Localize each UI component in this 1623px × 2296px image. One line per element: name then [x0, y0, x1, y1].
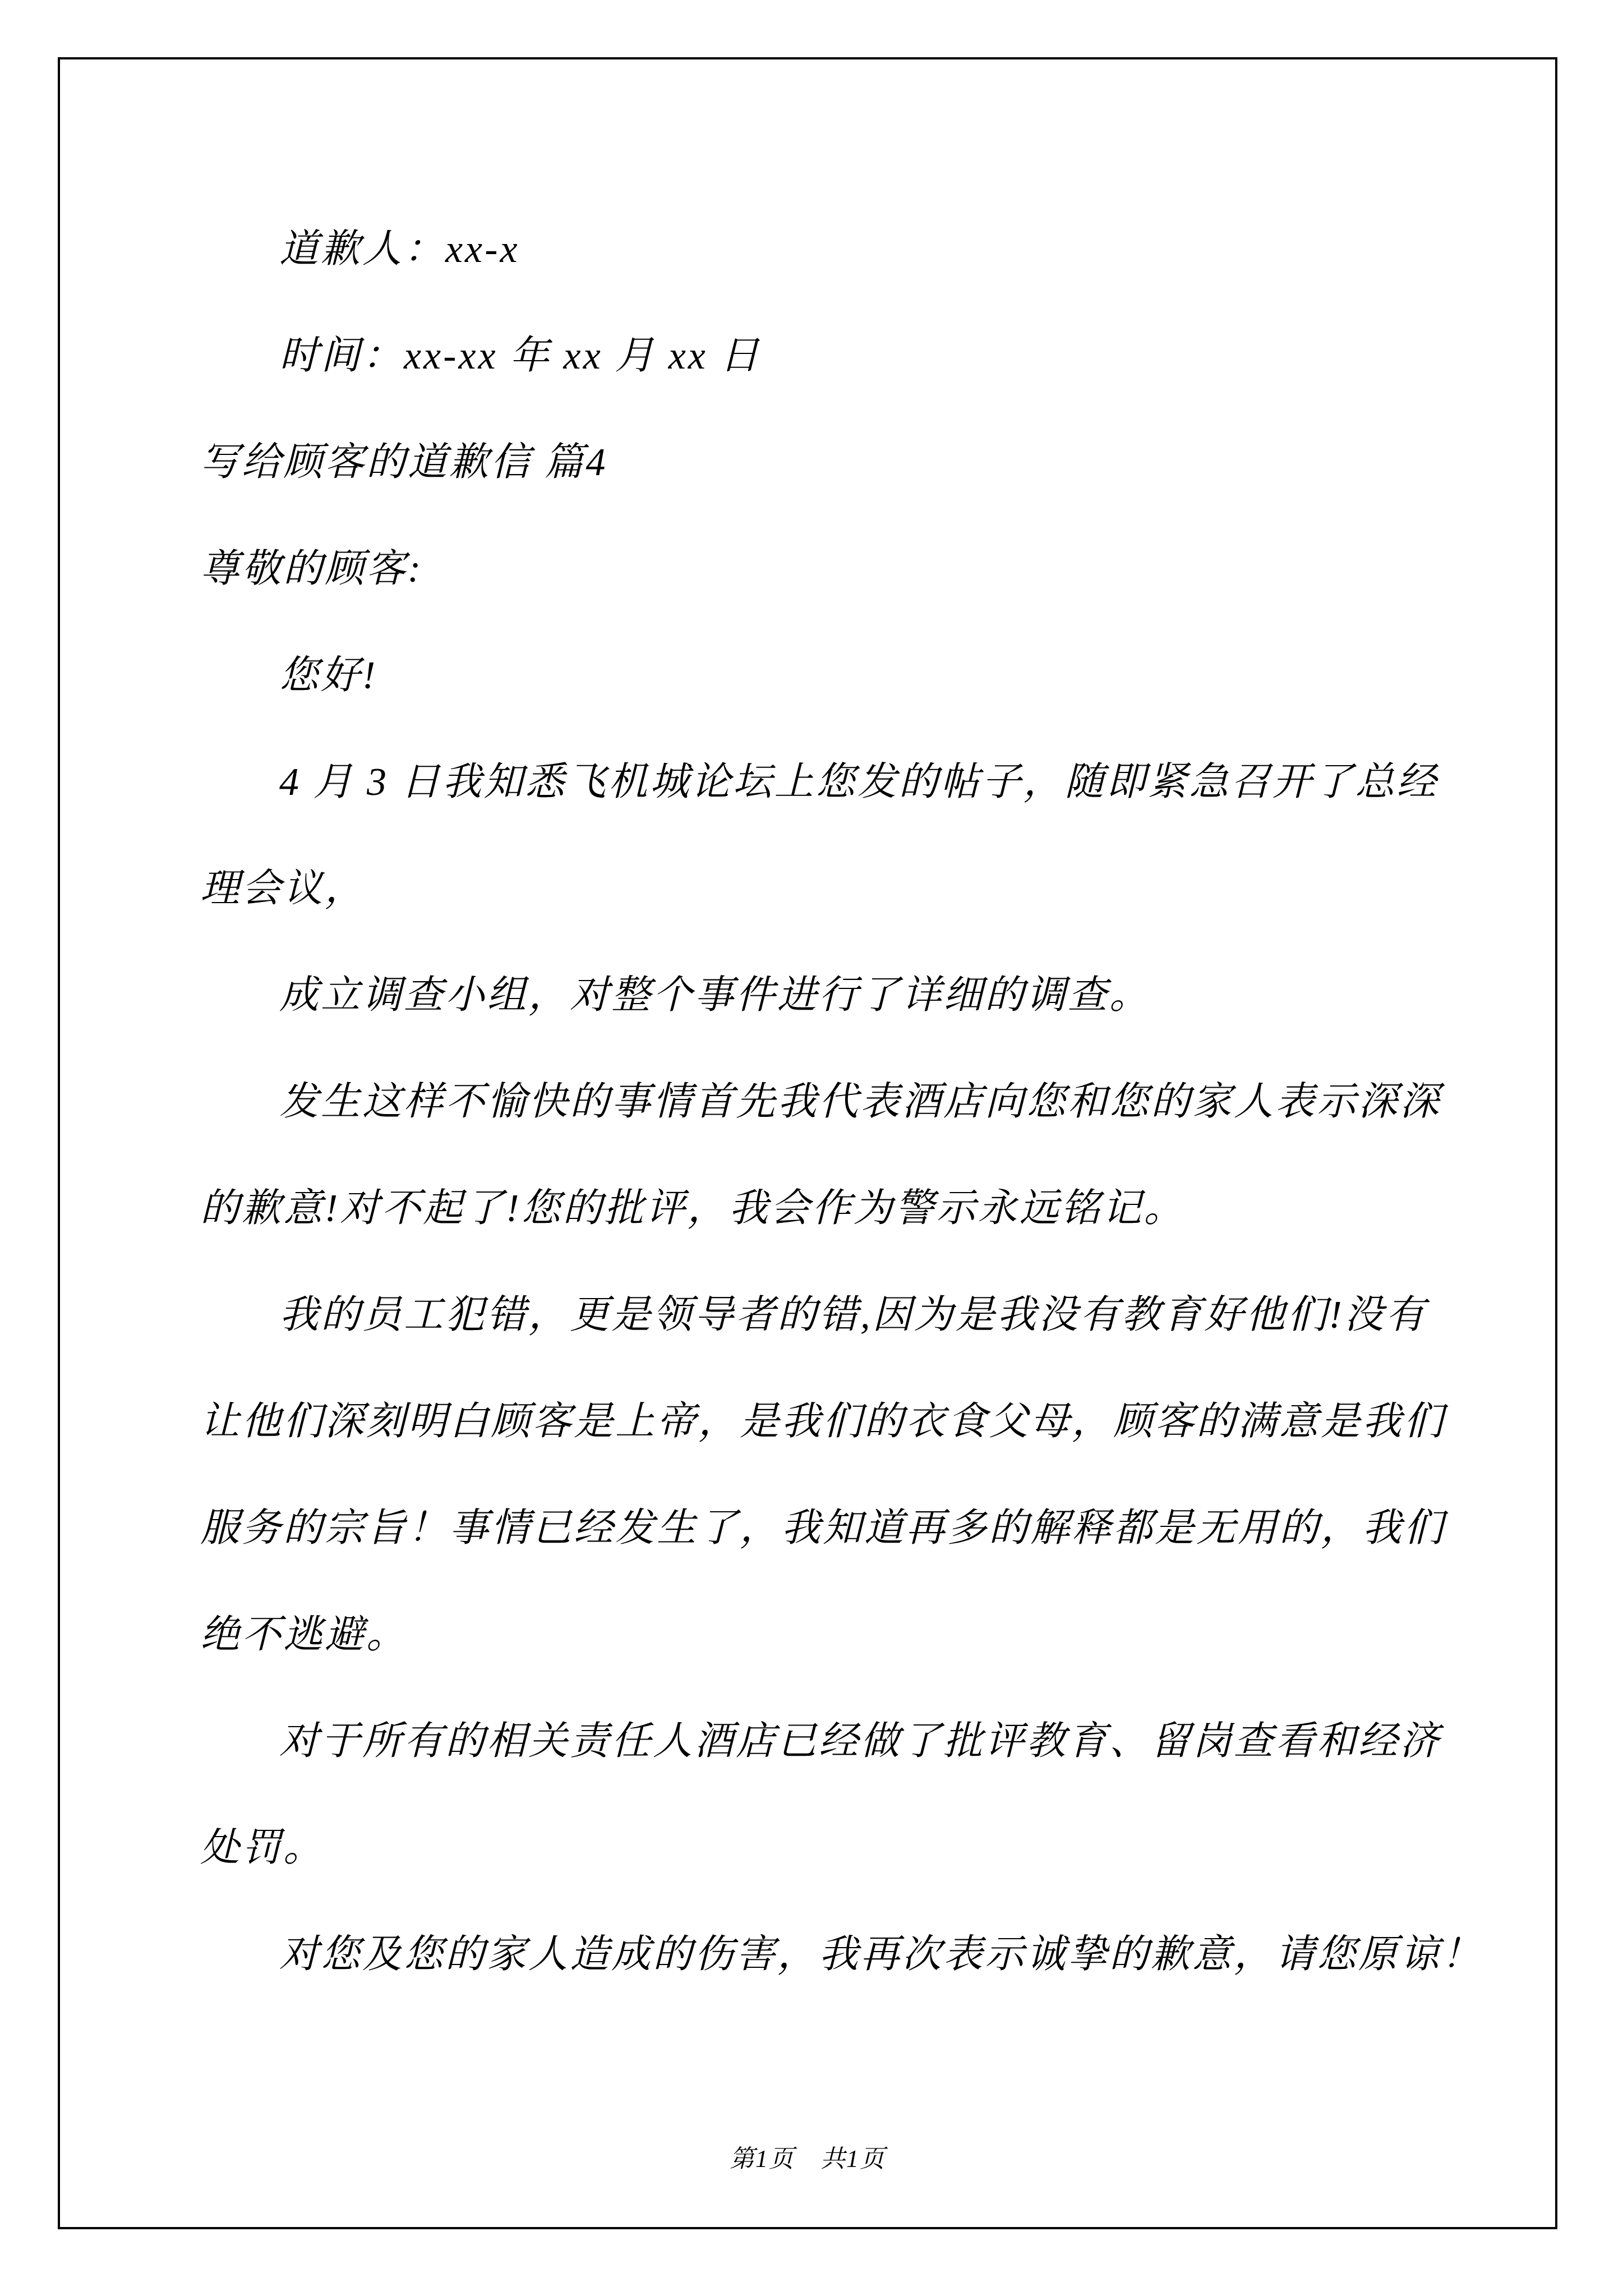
letter-body: 道歉人：xx-x 时间：xx-xx 年 xx 月 xx 日 写给顾客的道歉信 篇…: [200, 196, 1488, 2008]
text-line: 发生这样不愉快的事情首先我代表酒店向您和您的家人表示深深: [200, 1049, 1488, 1156]
text-line: 理会议，: [200, 836, 1488, 942]
text-line: 4 月 3 日我知悉飞机城论坛上您发的帖子，随即紧急召开了总经: [200, 729, 1488, 836]
document-page: 道歉人：xx-x 时间：xx-xx 年 xx 月 xx 日 写给顾客的道歉信 篇…: [0, 0, 1623, 2296]
text-line-date: 时间：xx-xx 年 xx 月 xx 日: [200, 303, 1488, 409]
page-border: 道歉人：xx-x 时间：xx-xx 年 xx 月 xx 日 写给顾客的道歉信 篇…: [58, 57, 1557, 2229]
text-line-apologizer: 道歉人：xx-x: [200, 196, 1488, 303]
text-line: 绝不逃避。: [200, 1582, 1488, 1688]
text-line-closing: 对您及您的家人造成的伤害，我再次表示诚挚的歉意，请您原谅！: [200, 1902, 1488, 2008]
text-line-greeting: 您好!: [200, 623, 1488, 729]
text-line-title: 写给顾客的道歉信 篇4: [200, 409, 1488, 516]
text-line: 处罚。: [200, 1795, 1488, 1902]
text-line-salutation: 尊敬的顾客:: [200, 516, 1488, 623]
text-line: 对于所有的相关责任人酒店已经做了批评教育、留岗查看和经济: [200, 1688, 1488, 1795]
text-line: 的歉意!对不起了!您的批评，我会作为警示永远铭记。: [200, 1156, 1488, 1262]
text-line: 我的员工犯错，更是领导者的错,因为是我没有教育好他们!没有: [200, 1262, 1488, 1369]
text-line: 让他们深刻明白顾客是上帝，是我们的衣食父母，顾客的满意是我们: [200, 1369, 1488, 1475]
text-line: 服务的宗旨！事情已经发生了，我知道再多的解释都是无用的，我们: [200, 1475, 1488, 1582]
page-footer: 第1页 共1页: [60, 2138, 1555, 2174]
text-line: 成立调查小组，对整个事件进行了详细的调查。: [200, 942, 1488, 1049]
